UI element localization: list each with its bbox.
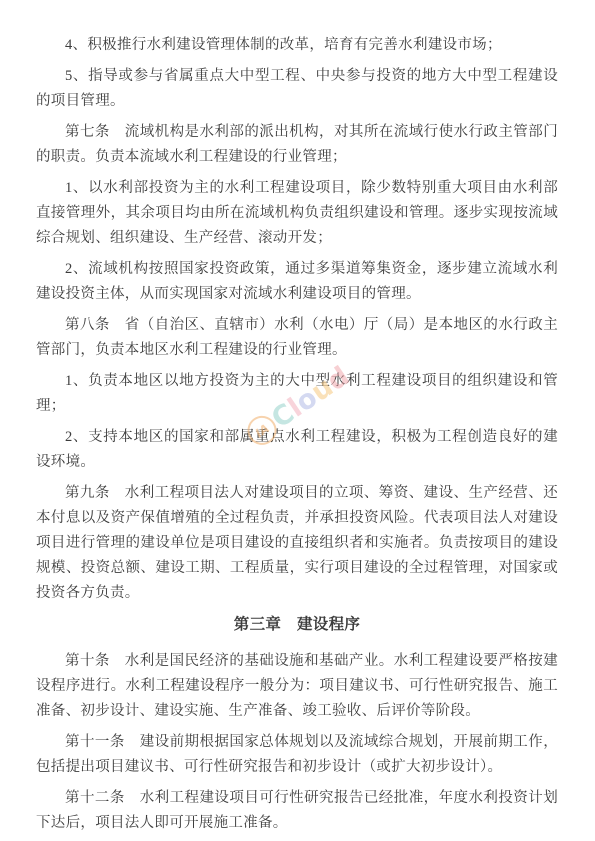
document-content: 4、积极推行水利建设管理体制的改革，培育有完善水利建设市场； 5、指导或参与省属… [36, 33, 558, 841]
paragraph: 第十条 水利是国民经济的基础设施和基础产业。水利工程建设要严格按建设程序进行。水… [36, 649, 558, 724]
paragraph: 4、积极推行水利建设管理体制的改革，培育有完善水利建设市场； [36, 33, 558, 58]
paragraph: 第十一条 建设前期根据国家总体规划以及流域综合规划，开展前期工作，包括提出项目建… [36, 730, 558, 780]
document-page: 4、积极推行水利建设管理体制的改革，培育有完善水利建设市场； 5、指导或参与省属… [0, 0, 595, 841]
paragraph: 1、负责本地区以地方投资为主的大中型水利工程建设项目的组织建设和管理； [36, 369, 558, 419]
paragraph: 1、以水利部投资为主的水利工程建设项目，除少数特别重大项目由水利部直接管理外，其… [36, 176, 558, 251]
paragraph: 第七条 流域机构是水利部的派出机构，对其所在流域行使水行政主管部门的职责。负责本… [36, 120, 558, 170]
paragraph: 第九条 水利工程项目法人对建设项目的立项、筹资、建设、生产经营、还本付息以及资产… [36, 481, 558, 606]
paragraph: 5、指导或参与省属重点大中型工程、中央参与投资的地方大中型工程建设的项目管理。 [36, 64, 558, 114]
paragraph: 第八条 省（自治区、直辖市）水利（水电）厅（局）是本地区的水行政主管部门，负责本… [36, 313, 558, 363]
chapter-heading: 第三章 建设程序 [36, 612, 558, 637]
paragraph: 2、流域机构按照国家投资政策，通过多渠道筹集资金，逐步建立流域水利建设投资主体，… [36, 257, 558, 307]
paragraph: 第十二条 水利工程建设项目可行性研究报告已经批准，年度水利投资计划下达后，项目法… [36, 786, 558, 836]
paragraph: 2、支持本地区的国家和部属重点水利工程建设，积极为工程创造良好的建设环境。 [36, 425, 558, 475]
